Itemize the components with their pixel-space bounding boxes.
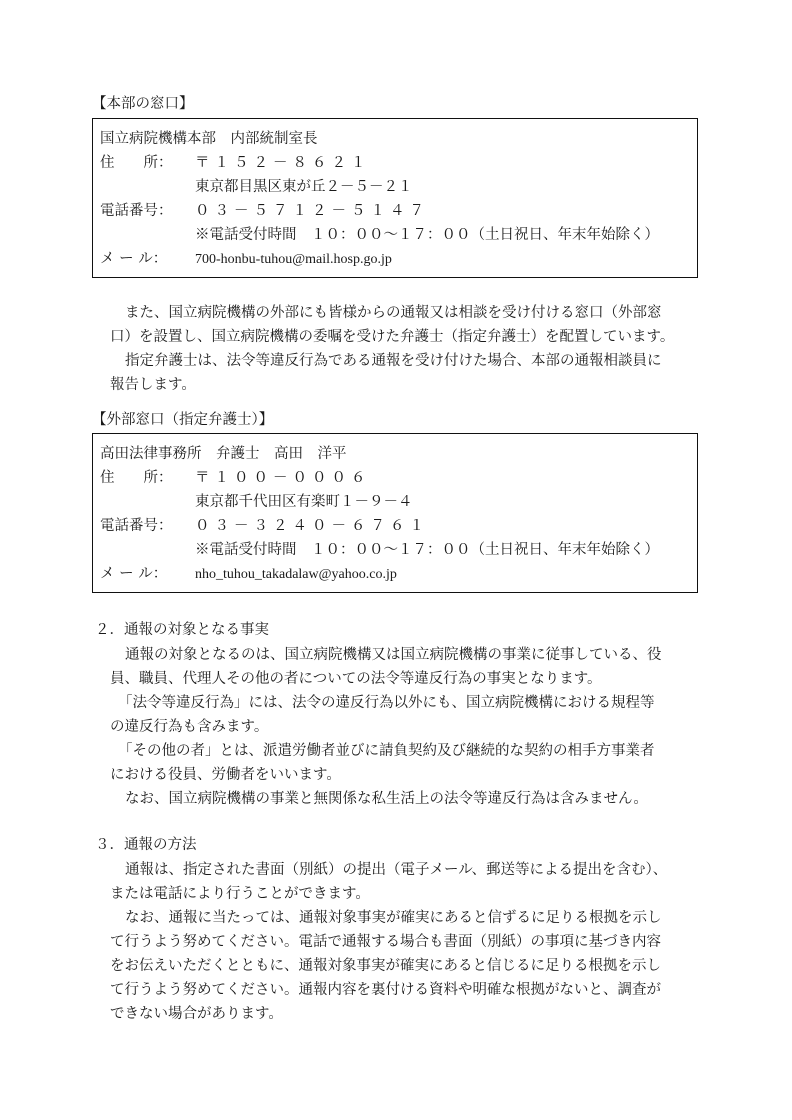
address-label: 住 所： — [100, 151, 195, 175]
section2-line: における役員、労働者をいいます。 — [110, 763, 341, 787]
section3-title: ３．通報の方法 — [95, 833, 197, 857]
section2-title: ２．通報の対象となる事実 — [95, 618, 269, 642]
hq-window-heading: 【本部の窓口】 — [92, 92, 194, 116]
section3-line: て行うよう努めてください。電話で通報する場合も書面（別紙）の事項に基づき内容 — [110, 930, 661, 954]
ext-phone-row: 電話番号：０３－３２４０－６７６１ — [100, 514, 429, 538]
section3-line: をお伝えいただくとともに、通報対象事実が確実にあると信じるに足りる根拠を示し — [110, 954, 661, 978]
hq-phone: ０３－５７１２－５１４７ — [195, 203, 429, 219]
ext-email-link[interactable]: nho_tuhou_takadalaw@yahoo.co.jp — [195, 567, 397, 582]
ext-phone: ０３－３２４０－６７６１ — [195, 518, 429, 534]
intro-line-2: 口）を設置し、国立病院機構の委嘱を受けた弁護士（指定弁護士）を配置しています。 — [110, 325, 674, 349]
hq-window-box: 国立病院機構本部 内部統制室長 住 所：〒１５２－８６２１ 東京都目黒区東が丘２… — [92, 118, 698, 278]
ext-address-row: 住 所：〒１００－０００６ — [100, 466, 371, 490]
hq-address: 東京都目黒区東が丘２－５－２１ — [195, 175, 413, 199]
section2-line: 通報の対象となるのは、国立病院機構又は国立病院機構の事業に従事している、役 — [125, 643, 662, 667]
section2-line: なお、国立病院機構の事業と無関係な私生活上の法令等違反行為は含みません。 — [125, 787, 648, 811]
section2-line: の違反行為も含みます。 — [110, 715, 268, 739]
intro-line-4: 報告します。 — [110, 373, 196, 397]
hq-mail-row: メ ー ル：700-honbu-tuhou@mail.hosp.go.jp — [100, 247, 392, 272]
hq-email-link[interactable]: 700-honbu-tuhou@mail.hosp.go.jp — [195, 252, 392, 267]
section3-line: て行うよう努めてください。通報内容を裏付ける資料や明確な根拠がないと、調査が — [110, 978, 661, 1002]
hq-org: 国立病院機構本部 内部統制室長 — [100, 127, 318, 151]
ext-mail-row: メ ー ル：nho_tuhou_takadalaw@yahoo.co.jp — [100, 562, 397, 587]
intro-line-3: 指定弁護士は、法令等違反行為である通報を受け付けた場合、本部の通報相談員に — [125, 349, 662, 373]
phone-label: 電話番号： — [100, 199, 195, 223]
ext-org: 高田法律事務所 弁護士 高田 洋平 — [100, 442, 347, 466]
mail-label: メ ー ル： — [100, 562, 195, 586]
phone-label: 電話番号： — [100, 514, 195, 538]
ext-hours: ※電話受付時間 １０：００～１７：００（土日祝日、年末年始除く） — [195, 538, 659, 562]
hq-address-row: 住 所：〒１５２－８６２１ — [100, 151, 371, 175]
ext-address: 東京都千代田区有楽町１－９－４ — [195, 490, 413, 514]
section2-line: 「その他の者」とは、派遣労働者並びに請負契約及び継続的な契約の相手方事業者 — [118, 739, 655, 763]
intro-line-1: また、国立病院機構の外部にも皆様からの通報又は相談を受け付ける窓口（外部窓 — [125, 301, 662, 325]
section2-line: 「法令等違反行為」には、法令の違反行為以外にも、国立病院機構における規程等 — [118, 691, 655, 715]
address-label: 住 所： — [100, 466, 195, 490]
hq-hours: ※電話受付時間 １０：００～１７：００（土日祝日、年末年始除く） — [195, 223, 659, 247]
hq-postal: 〒１５２－８６２１ — [195, 155, 371, 171]
section3-line: または電話により行うことができます。 — [110, 882, 370, 906]
section3-line: 通報は、指定された書面（別紙）の提出（電子メール、郵送等による提出を含む）、 — [125, 858, 667, 882]
ext-postal: 〒１００－０００６ — [195, 470, 371, 486]
section3-line: できない場合があります。 — [110, 1002, 283, 1026]
section2-line: 員、職員、代理人その他の者についての法令等違反行為の事実となります。 — [110, 667, 602, 691]
hq-phone-row: 電話番号：０３－５７１２－５１４７ — [100, 199, 429, 223]
external-window-heading: 【外部窓口（指定弁護士）】 — [92, 408, 273, 432]
section3-line: なお、通報に当たっては、通報対象事実が確実にあると信ずるに足りる根拠を示し — [125, 906, 662, 930]
external-window-box: 高田法律事務所 弁護士 高田 洋平 住 所：〒１００－０００６ 東京都千代田区有… — [92, 433, 698, 593]
mail-label: メ ー ル： — [100, 247, 195, 271]
